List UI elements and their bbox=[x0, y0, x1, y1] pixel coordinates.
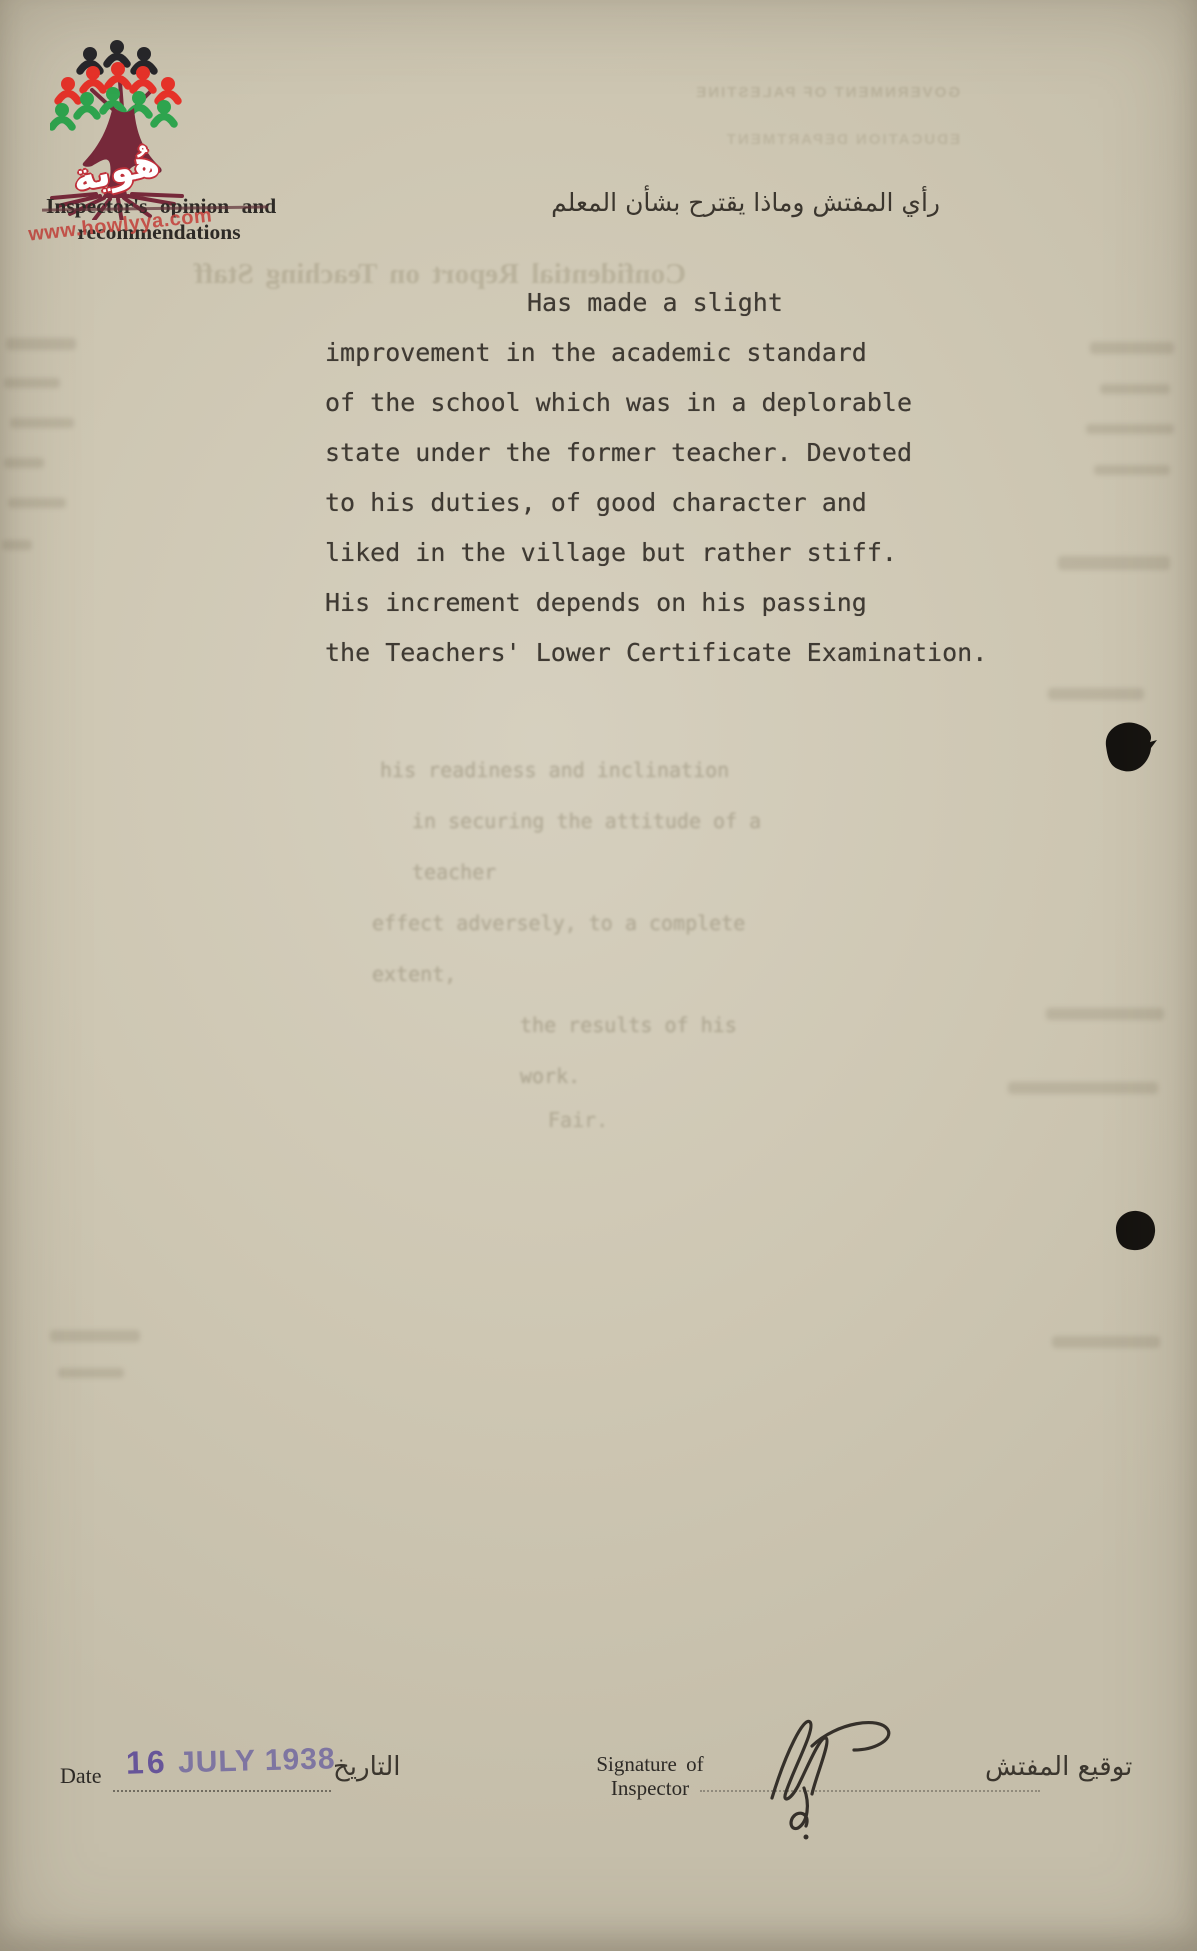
ink-blot-top bbox=[1100, 718, 1158, 778]
bleedthrough-line: the results of his work. bbox=[520, 1000, 802, 1102]
bleedthrough-smudge bbox=[8, 498, 66, 508]
bleedthrough-smudge bbox=[4, 458, 44, 468]
date-label-ar: التاريخ bbox=[333, 1752, 401, 1782]
bleedthrough-header-line1: GOVERNMENT OF PALESTINE bbox=[745, 84, 960, 101]
bleedthrough-smudge bbox=[1094, 465, 1170, 475]
date-label: Date bbox=[60, 1763, 102, 1789]
signature-label-line2: Inspector bbox=[582, 1776, 718, 1800]
date-stamp-day: 16 bbox=[126, 1744, 169, 1781]
bleedthrough-smudge bbox=[4, 378, 60, 388]
bleedthrough-smudge bbox=[1048, 688, 1144, 700]
bleedthrough-smudge bbox=[1046, 1008, 1164, 1020]
ink-blot-bottom bbox=[1112, 1209, 1158, 1253]
bleedthrough-smudge bbox=[1086, 424, 1174, 434]
date-stamp: 16 JULY 1938 bbox=[126, 1739, 336, 1781]
bleedthrough-smudge bbox=[50, 1330, 140, 1342]
body-line: to his duties, of good character and bbox=[325, 478, 1015, 528]
bleedthrough-smudge bbox=[1090, 342, 1174, 354]
bleedthrough-smudge bbox=[10, 418, 74, 428]
bleedthrough-line: his readiness and inclination bbox=[380, 745, 802, 796]
bleedthrough-word: Fair. bbox=[548, 1108, 608, 1132]
body-line: of the school which was in a deplorable bbox=[325, 378, 1015, 428]
scanned-document-page: GOVERNMENT OF PALESTINE EDUCATION DEPART… bbox=[0, 0, 1197, 1951]
body-line: liked in the village but rather stiff. bbox=[325, 528, 1015, 578]
bleedthrough-line: in securing the attitude of a teacher bbox=[412, 796, 802, 898]
signature-label: Signature of Inspector bbox=[582, 1752, 718, 1800]
bleedthrough-smudge bbox=[2, 540, 32, 550]
body-line: state under the former teacher. Devoted bbox=[325, 428, 1015, 478]
body-line: Has made a slight bbox=[325, 278, 1015, 328]
howlyya-tree-logo bbox=[50, 40, 186, 220]
inspector-signature bbox=[742, 1706, 902, 1846]
bleedthrough-smudge bbox=[58, 1368, 124, 1378]
signature-label-line1: Signature of bbox=[582, 1752, 718, 1776]
body-line: the Teachers' Lower Certificate Examinat… bbox=[325, 628, 1015, 678]
bleedthrough-smudge bbox=[1052, 1336, 1160, 1348]
bleedthrough-smudge bbox=[1100, 384, 1170, 394]
signature-label-ar: توقيع المفتش bbox=[985, 1752, 1140, 1782]
body-line: improvement in the academic standard bbox=[325, 328, 1015, 378]
header-title-ar: رأي المفتش وماذا يقترح بشأن المعلم bbox=[640, 188, 940, 217]
typewritten-paragraph: Has made a slight improvement in the aca… bbox=[325, 278, 1015, 678]
date-stamp-rest: JULY 1938 bbox=[178, 1742, 336, 1779]
bleedthrough-smudge bbox=[1058, 556, 1170, 570]
bleedthrough-header-line2: EDUCATION DEPARTMENT bbox=[790, 131, 960, 148]
body-line: His increment depends on his passing bbox=[325, 578, 1015, 628]
bleedthrough-smudge bbox=[1008, 1082, 1158, 1094]
bleedthrough-smudge bbox=[6, 338, 76, 350]
bleedthrough-line: effect adversely, to a complete extent, bbox=[372, 898, 802, 1000]
bleedthrough-paragraph: his readiness and inclination in securin… bbox=[372, 745, 802, 1102]
